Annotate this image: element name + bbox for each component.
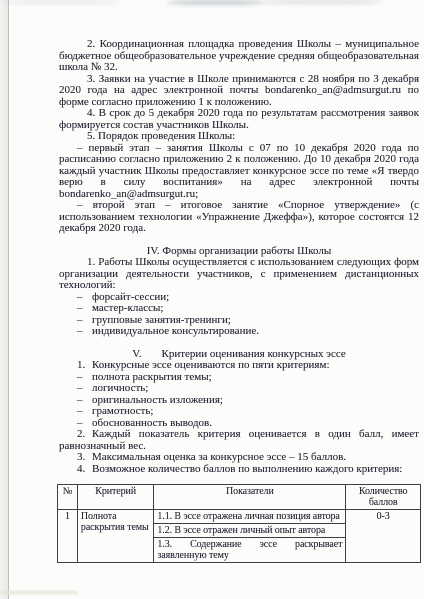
- item-number: 1.: [77, 360, 92, 372]
- paragraph-text: Максимальная оценка за конкурсное эссе –…: [92, 451, 346, 463]
- paragraph-3: 3. Заявки на участие в Школе принимаются…: [59, 74, 419, 109]
- paragraph-5: 5. Порядок проведения Школы:: [59, 131, 419, 143]
- scanned-document-page: { "colors": { "paper": "#fcfcfa", "ink":…: [0, 0, 424, 599]
- document-body: 2. Координационная площадка проведения Ш…: [59, 39, 419, 563]
- scan-artifact: [168, 0, 263, 5]
- item-number: 4.: [77, 464, 92, 476]
- section-v-title: Критерии оценивания конкурсных эссе: [162, 348, 346, 360]
- paragraph-stage-1: – первый этап – занятия Школы с 07 по 10…: [59, 143, 419, 201]
- list-item-consulting: –индивидуальное консультирование.: [59, 326, 419, 338]
- paragraph-stage-2: – второй этап – итоговое занятие «Спорно…: [59, 200, 419, 235]
- paragraph-text: Возможное количество баллов по выполнени…: [92, 463, 402, 475]
- list-item-label: мастер-классы;: [92, 302, 163, 314]
- scan-page-edge: [0, 0, 9, 599]
- paragraph-text: Каждый показатель критерия оценивается в…: [59, 428, 419, 452]
- list-item-label: форсайт-сессии;: [92, 291, 169, 303]
- section-v-paragraph-2: 2.Каждый показатель критерия оценивается…: [59, 429, 419, 452]
- section-v-number: V.: [132, 348, 141, 360]
- scan-artifact: [262, 0, 382, 4]
- dash-bullet: –: [77, 303, 92, 315]
- paragraph-text: Конкурсные эссе оцениваются по пяти крит…: [92, 359, 330, 371]
- paragraph-2: 2. Координационная площадка проведения Ш…: [59, 39, 419, 74]
- cell-indicator-3: 1.3. Содержание эссе раскрывает заявленн…: [154, 538, 346, 563]
- header-cell-criterion: Критерий: [77, 485, 153, 510]
- list-item-label: индивидуальное консультирование.: [92, 325, 259, 337]
- list-item-label: обоснованность выводов.: [92, 417, 212, 429]
- header-cell-indicators: Показатели: [154, 485, 346, 510]
- dash-bullet: –: [77, 326, 92, 338]
- header-cell-points: Количество баллов: [346, 485, 421, 510]
- section-iv-paragraph-1: 1. Работы Школы осуществляется с использ…: [59, 257, 419, 292]
- list-item-label: полнота раскрытия темы;: [92, 371, 212, 383]
- dash-bullet: –: [77, 383, 92, 395]
- table-row: 1 Полнота раскрытия темы 1.1. В эссе отр…: [58, 510, 421, 524]
- list-item-label: логичность;: [92, 382, 148, 394]
- scan-artifact: [4, 0, 119, 4]
- table-header-row: № Критерий Показатели Количество баллов: [58, 485, 421, 510]
- paragraph-4: 4. В срок до 5 декабря 2020 года по резу…: [59, 108, 419, 131]
- cell-criterion: Полнота раскрытия темы: [77, 510, 153, 563]
- list-item-label: групповые занятия-тренинги;: [92, 314, 231, 326]
- scan-artifact: [0, 591, 78, 594]
- cell-indicator-1: 1.1. В эссе отражена личная позиция авто…: [154, 510, 346, 524]
- list-item-label: оригинальность изложения;: [92, 394, 223, 406]
- cell-points: 0-3: [346, 510, 421, 563]
- cell-row-number: 1: [58, 510, 78, 563]
- item-number: 3.: [77, 452, 92, 464]
- dash-bullet: –: [77, 406, 92, 418]
- header-cell-number: №: [58, 485, 78, 510]
- cell-indicator-2: 1.2. В эссе отражен личный опыт автора: [154, 524, 346, 538]
- list-item-label: грамотность;: [92, 405, 153, 417]
- section-v-paragraph-4: 4.Возможное количество баллов по выполне…: [59, 464, 419, 476]
- criteria-points-table: № Критерий Показатели Количество баллов …: [57, 484, 421, 563]
